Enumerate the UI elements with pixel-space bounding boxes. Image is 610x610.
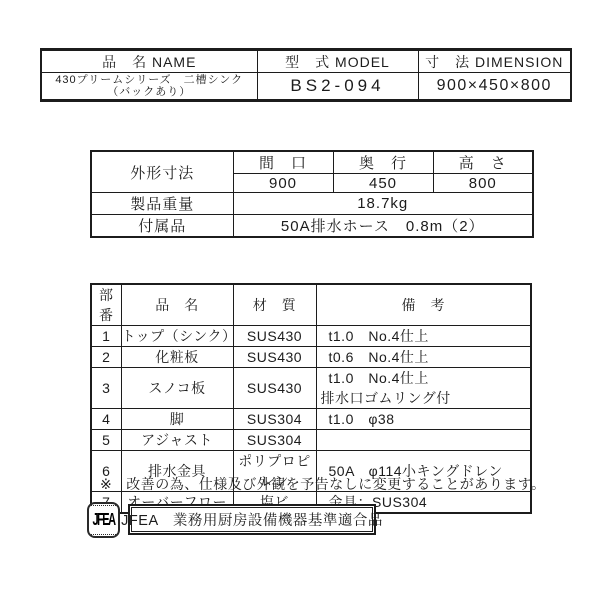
- spec-sheet-page: 品 名 NAME 型 式 MODEL 寸 法 DIMENSION 430プリーム…: [0, 0, 610, 610]
- part-number: 5: [91, 430, 121, 451]
- width-value: 900: [233, 174, 333, 193]
- part-number: 2: [91, 347, 121, 368]
- dim-header-row: 外形寸法 間 口 奥 行 高 さ: [91, 151, 533, 174]
- dimension-value: 900×450×800: [418, 73, 571, 101]
- jfea-seal: JFEA: [87, 502, 120, 538]
- part-note-line1: t0.6 No.4仕上: [321, 347, 531, 367]
- part-material: SUS304: [233, 409, 316, 430]
- part-note-line2: 排水口ゴムリング付: [321, 388, 531, 408]
- part-note: t1.0 No.4仕上 排水口ゴムリング付: [316, 368, 531, 409]
- part-material: SUS304: [233, 430, 316, 451]
- certification-label: JFEA 業務用厨房設備機器基準適合品: [131, 507, 373, 532]
- accessory-row: 付属品 50A排水ホース 0.8m（2）: [91, 215, 533, 238]
- part-number: 4: [91, 409, 121, 430]
- part-note: t1.0 φ38: [316, 409, 531, 430]
- outer-dimension-label: 外形寸法: [91, 151, 233, 193]
- product-header-table: 品 名 NAME 型 式 MODEL 寸 法 DIMENSION 430プリーム…: [40, 48, 572, 102]
- width-header: 間 口: [233, 151, 333, 174]
- part-material-header: 材 質: [233, 284, 316, 326]
- part-number-header: 部番: [91, 284, 121, 326]
- spec-table: 外形寸法 間 口 奥 行 高 さ 900 450 800 製品重量 18.7kg…: [90, 150, 534, 238]
- part-row: 3 スノコ板 SUS430 t1.0 No.4仕上 排水口ゴムリング付: [91, 368, 531, 409]
- height-header: 高 さ: [433, 151, 533, 174]
- model-column-header: 型 式 MODEL: [257, 50, 418, 73]
- part-note-header: 備 考: [316, 284, 531, 326]
- part-name: 化粧板: [121, 347, 233, 368]
- product-name-cell: 430プリームシリーズ 二槽シンク （バックあり）: [41, 73, 257, 101]
- part-name: スノコ板: [121, 368, 233, 409]
- accessory-label: 付属品: [91, 215, 233, 238]
- product-row: 430プリームシリーズ 二槽シンク （バックあり） BS2-094 900×45…: [41, 73, 571, 101]
- product-name: 430プリームシリーズ 二槽シンク: [42, 74, 257, 86]
- part-name: トップ（シンク）: [121, 326, 233, 347]
- jfea-seal-ring: JFEA: [91, 505, 116, 535]
- parts-header-row: 部番 品 名 材 質 備 考: [91, 284, 531, 326]
- part-number: 3: [91, 368, 121, 409]
- part-material: SUS430: [233, 368, 316, 409]
- header-row: 品 名 NAME 型 式 MODEL 寸 法 DIMENSION: [41, 50, 571, 73]
- part-name: 脚: [121, 409, 233, 430]
- part-row: 5 アジャスト SUS304: [91, 430, 531, 451]
- product-name-sub: （バックあり）: [42, 86, 257, 98]
- jfea-seal-text: JFEA: [92, 510, 114, 529]
- part-note-line1: t1.0 No.4仕上: [321, 368, 531, 388]
- part-note: [316, 430, 531, 451]
- part-material: SUS430: [233, 347, 316, 368]
- weight-label: 製品重量: [91, 193, 233, 215]
- note-marker: ※: [100, 476, 112, 492]
- part-note-line1: t1.0 No.4仕上: [321, 326, 531, 346]
- part-material: SUS430: [233, 326, 316, 347]
- certification-box: JFEA 業務用厨房設備機器基準適合品: [128, 504, 376, 535]
- part-note: t0.6 No.4仕上: [316, 347, 531, 368]
- part-note: t1.0 No.4仕上: [316, 326, 531, 347]
- model-value: BS2-094: [257, 73, 418, 101]
- part-row: 2 化粧板 SUS430 t0.6 No.4仕上: [91, 347, 531, 368]
- part-note-line1: t1.0 φ38: [321, 409, 531, 429]
- weight-value: 18.7kg: [233, 193, 533, 215]
- depth-value: 450: [333, 174, 433, 193]
- height-value: 800: [433, 174, 533, 193]
- part-number: 1: [91, 326, 121, 347]
- depth-header: 奥 行: [333, 151, 433, 174]
- note-text: 改善の為、仕様及び外観を予告なしに変更することがあります。: [126, 476, 545, 492]
- part-row: 1 トップ（シンク） SUS430 t1.0 No.4仕上: [91, 326, 531, 347]
- part-name: アジャスト: [121, 430, 233, 451]
- part-row: 4 脚 SUS304 t1.0 φ38: [91, 409, 531, 430]
- name-column-header: 品 名 NAME: [41, 50, 257, 73]
- disclaimer-note: ※改善の為、仕様及び外観を予告なしに変更することがあります。: [100, 474, 546, 494]
- accessory-value: 50A排水ホース 0.8m（2）: [233, 215, 533, 238]
- part-name-header: 品 名: [121, 284, 233, 326]
- weight-row: 製品重量 18.7kg: [91, 193, 533, 215]
- dimension-column-header: 寸 法 DIMENSION: [418, 50, 571, 73]
